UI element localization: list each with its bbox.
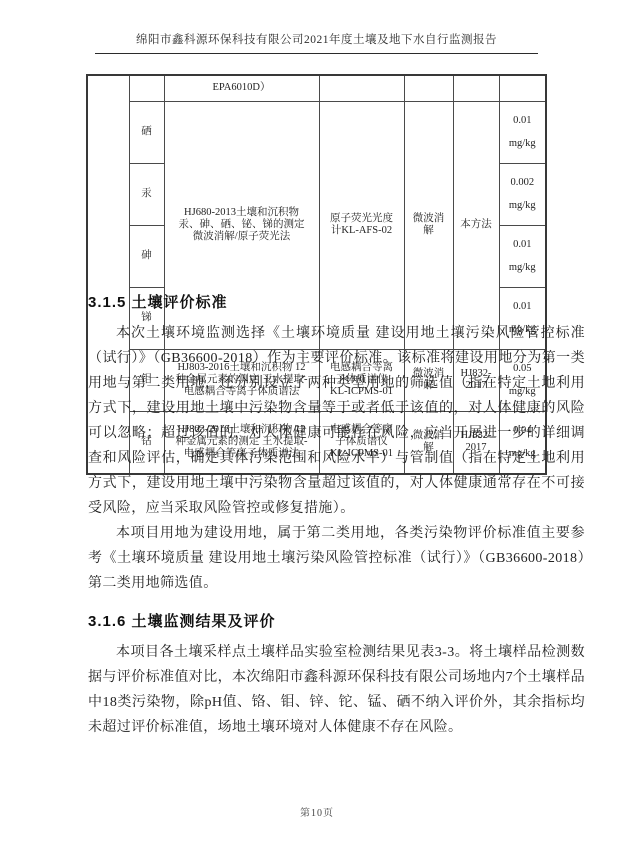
detection-limit-cell: 0.01 mg/kg	[499, 101, 546, 163]
report-title: 绵阳市鑫科源环保科技有限公司2021年度土壤及地下水自行监测报告	[95, 31, 538, 47]
paragraph: 本次土壤环境监测选择《土壤环境质量 建设用地土壤污染风险管控标准（试行）》（GB…	[88, 321, 585, 521]
paragraph: 本项目用地为建设用地，属于第二类用地，各类污染物评价标准值主要参考《土壤环境质量…	[88, 521, 585, 596]
limit-value: 0.01	[503, 115, 543, 127]
method-cell: EPA6010D）	[164, 75, 319, 101]
document-page: 绵阳市鑫科源环保科技有限公司2021年度土壤及地下水自行监测报告 EPA6010…	[0, 0, 634, 848]
limit-value: 0.002	[503, 177, 543, 189]
section-heading-315: 3.1.5 土壤评价标准	[88, 292, 585, 314]
page-header: 绵阳市鑫科源环保科技有限公司2021年度土壤及地下水自行监测报告	[95, 31, 538, 54]
paragraph: 本项目各土壤采样点土壤样品实验室检测结果见表3-3。将土壤样品检测数据与评价标准…	[88, 640, 585, 740]
element-cell: 汞	[129, 163, 164, 225]
detection-limit-cell: 0.002 mg/kg	[499, 163, 546, 225]
limit-unit: mg/kg	[503, 262, 543, 274]
page-number: 第10页	[0, 804, 634, 819]
document-body: 3.1.5 土壤评价标准 本次土壤环境监测选择《土壤环境质量 建设用地土壤污染风…	[88, 292, 585, 740]
table-row: 硒 HJ680-2013土壤和沉积物 汞、砷、硒、铋、锑的测定 微波消解/原子荧…	[87, 101, 546, 163]
section-heading-316: 3.1.6 土壤监测结果及评价	[88, 611, 585, 633]
instrument-cell	[319, 75, 404, 101]
limit-unit: mg/kg	[503, 200, 543, 212]
detection-limit-cell: 0.01 mg/kg	[499, 225, 546, 287]
table-row: EPA6010D）	[87, 75, 546, 101]
element-cell	[129, 75, 164, 101]
pretreatment-cell	[404, 75, 453, 101]
element-cell: 砷	[129, 225, 164, 287]
element-cell: 硒	[129, 101, 164, 163]
limit-unit: mg/kg	[503, 138, 543, 150]
detection-limit-cell	[499, 75, 546, 101]
basis-cell	[453, 75, 499, 101]
limit-value: 0.01	[503, 239, 543, 251]
